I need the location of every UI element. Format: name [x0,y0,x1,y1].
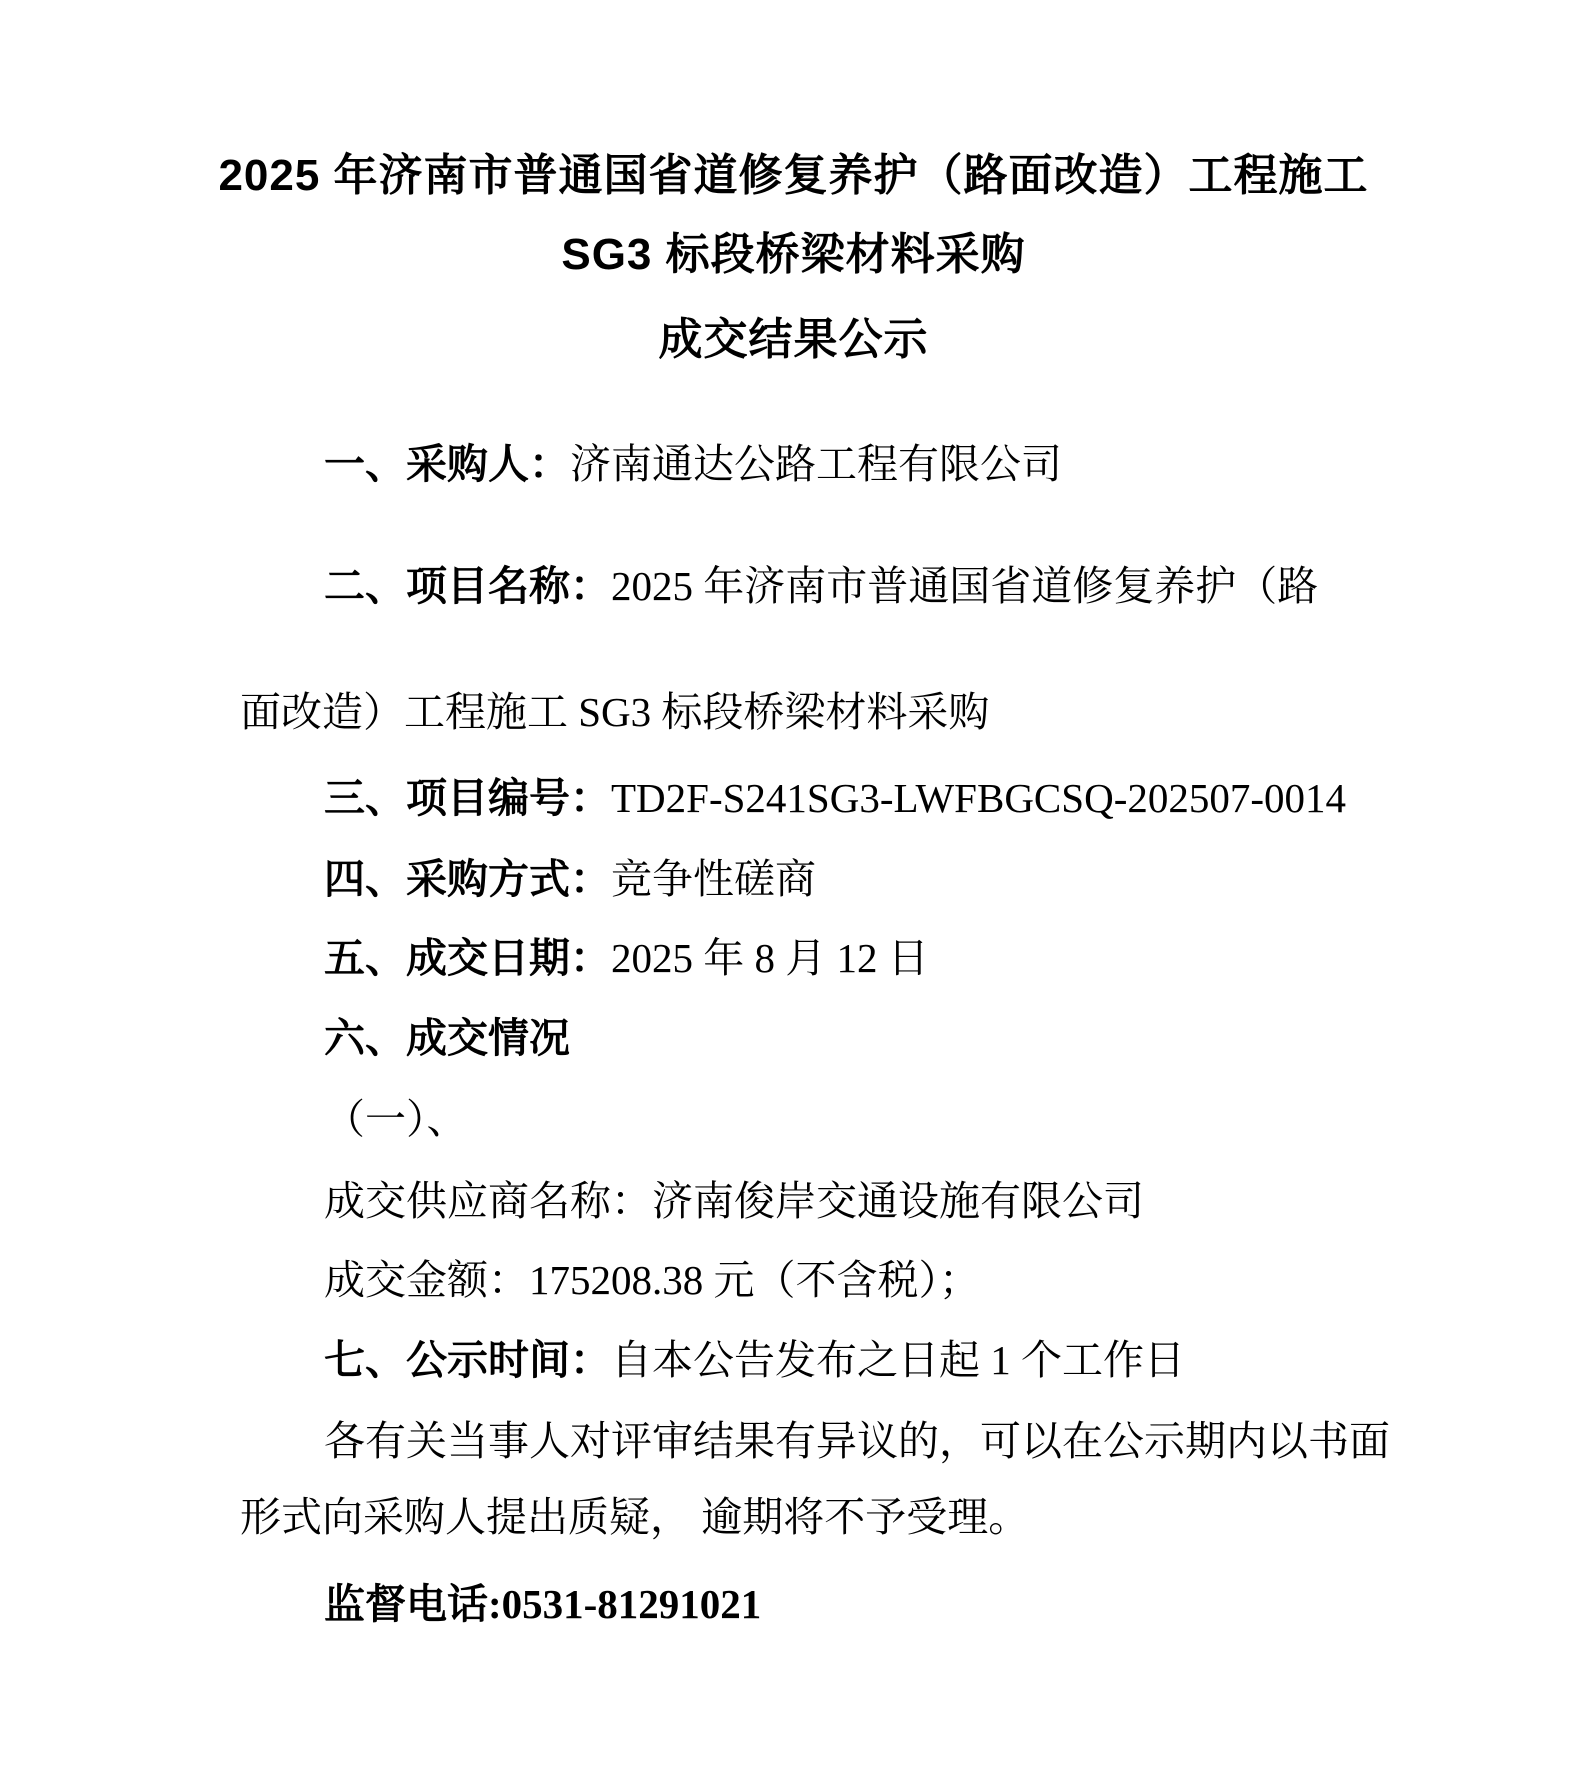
publicity-period-label: 七、公示时间： [324,1337,611,1383]
procurement-method-label: 四、采购方式： [324,856,611,902]
line-project-name: 二、项目名称：2025 年济南市普通国省道修复养护（路 [240,556,1318,616]
line-purchaser: 一、采购人：济南通达公路工程有限公司 [240,434,1062,494]
line-deal-amount: 成交金额：175208.38 元（不含税）； [240,1250,980,1310]
document-title-line-3: 成交结果公示 [0,310,1587,370]
line-procurement-method: 四、采购方式：竞争性磋商 [240,849,816,909]
project-name-value-part2: 面改造）工程施工 SG3 标段桥梁材料采购 [240,689,989,735]
publicity-period-value: 自本公告发布之日起 1 个工作日 [611,1337,1185,1383]
project-name-value-part1: 2025 年济南市普通国省道修复养护（路 [611,563,1318,609]
project-number-label: 三、项目编号： [324,775,611,821]
supplier-name-text: 成交供应商名称：济南俊岸交通设施有限公司 [324,1178,1144,1224]
line-supplier-name: 成交供应商名称：济南俊岸交通设施有限公司 [240,1171,1144,1231]
procurement-method-value: 竞争性磋商 [611,856,816,902]
line-supervision-phone: 监督电话:0531-81291021 [240,1574,761,1634]
item-one-marker-text: （一）、 [324,1096,468,1142]
deal-situation-label: 六、成交情况 [324,1015,570,1061]
line-project-number: 三、项目编号：TD2F-S241SG3-LWFBGCSQ-202507-0014 [240,768,1346,828]
document-title-line-1: 2025 年济南市普通国省道修复养护（路面改造）工程施工 [0,146,1587,206]
line-publicity-period: 七、公示时间：自本公告发布之日起 1 个工作日 [240,1330,1185,1390]
line-objection-notice-part2: 形式向采购人提出质疑， 逾期将不予受理。 [240,1487,1029,1547]
objection-notice-text-part1: 各有关当事人对评审结果有异议的，可以在公示期内以书面 [324,1418,1390,1464]
line-objection-notice-part1: 各有关当事人对评审结果有异议的，可以在公示期内以书面 [240,1411,1390,1471]
deal-date-value: 2025 年 8 月 12 日 [611,935,929,981]
project-number-value: TD2F-S241SG3-LWFBGCSQ-202507-0014 [611,775,1346,821]
supervision-phone-text: 监督电话:0531-81291021 [324,1581,761,1627]
purchaser-label: 一、采购人： [324,441,570,487]
objection-notice-text-part2: 形式向采购人提出质疑， 逾期将不予受理。 [240,1494,1029,1540]
line-item-one-marker: （一）、 [240,1089,468,1149]
document-page: 2025 年济南市普通国省道修复养护（路面改造）工程施工 SG3 标段桥梁材料采… [0,0,1587,1784]
line-deal-situation-heading: 六、成交情况 [240,1008,570,1068]
line-deal-date: 五、成交日期：2025 年 8 月 12 日 [240,928,929,988]
deal-date-label: 五、成交日期： [324,935,611,981]
project-name-label: 二、项目名称： [324,563,611,609]
document-title-line-2: SG3 标段桥梁材料采购 [0,225,1587,285]
deal-amount-text: 成交金额：175208.38 元（不含税）； [324,1257,980,1303]
purchaser-value: 济南通达公路工程有限公司 [570,441,1062,487]
line-project-name-continued: 面改造）工程施工 SG3 标段桥梁材料采购 [240,682,989,742]
